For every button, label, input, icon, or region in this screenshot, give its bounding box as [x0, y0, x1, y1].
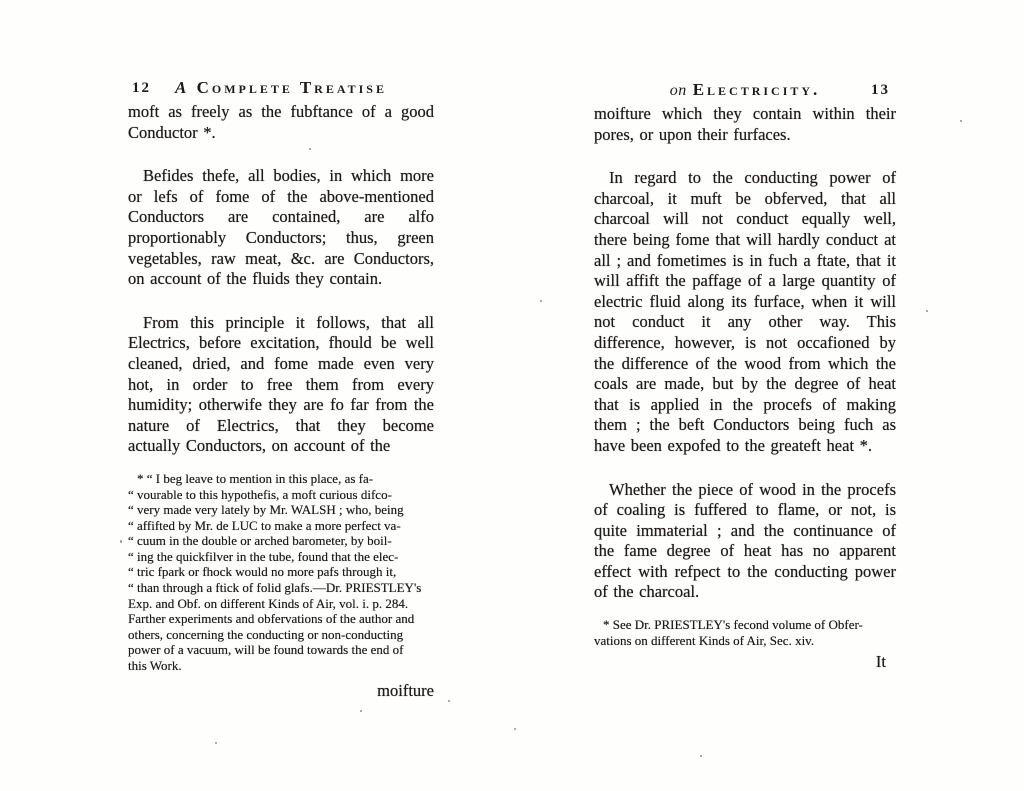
left-catchword: moifture	[128, 681, 434, 701]
footnote-line: “ tric fpark or fhock would no more pafs…	[128, 564, 434, 580]
left-page-number: 12	[132, 80, 151, 97]
right-running-head: onElectricity. 13	[594, 80, 896, 102]
right-paragraph: In regard to the conducting power of cha…	[594, 168, 896, 456]
footnote-line: others, concerning the conducting or non…	[128, 627, 434, 643]
scan-speck	[926, 310, 928, 312]
footnote-line: Exp. and Obf. on different Kinds of Air,…	[128, 596, 434, 612]
page-left: 12 A Complete Treatise moft as freely as…	[128, 78, 434, 701]
left-footnote: * “ I beg leave to mention in this place…	[128, 471, 434, 674]
left-paragraph: From this principle it follows, that all…	[128, 313, 434, 457]
footnote-line: “ very made very lately by Mr. WALSH ; w…	[128, 502, 434, 518]
footnote-line: * “ I beg leave to mention in this place…	[128, 471, 434, 487]
right-footnote: * See Dr. PRIESTLEY's fecond volume of O…	[594, 617, 896, 648]
scan-speck	[215, 742, 217, 744]
scan-speck	[360, 710, 362, 712]
scan-speck	[448, 700, 450, 702]
scan-speck	[700, 755, 702, 757]
scan-speck	[960, 120, 962, 122]
scan-speck	[309, 148, 311, 150]
scan-speck	[120, 540, 122, 543]
footnote-line: “ affifted by Mr. de LUC to make a more …	[128, 518, 434, 534]
footnote-line: “ ing the quickfilver in the tube, found…	[128, 549, 434, 565]
scan-speck	[540, 300, 542, 302]
right-running-title: Electricity.	[693, 80, 821, 100]
left-paragraph: Befides thefe, all bodies, in which more…	[128, 166, 434, 290]
left-running-title: A Complete Treatise	[175, 78, 387, 98]
right-page-number: 13	[871, 82, 890, 99]
right-paragraph: moifture which they contain within their…	[594, 104, 896, 145]
footnote-line: “ vourable to this hypothefis, a moft cu…	[128, 487, 434, 503]
footnote-line: Farther experiments and obfervations of …	[128, 611, 434, 627]
footnote-line: “ cuum in the double or arched barometer…	[128, 533, 434, 549]
page-right: onElectricity. 13 moifture which they co…	[594, 80, 896, 672]
right-running-title-prefix: on	[670, 82, 687, 99]
footnote-line: “ than through a ftick of folid glafs.—D…	[128, 580, 434, 596]
scan-speck	[514, 728, 516, 730]
book-spread: 12 A Complete Treatise moft as freely as…	[0, 0, 1024, 791]
right-catchword: It	[594, 652, 896, 672]
footnote-line: power of a vacuum, will be found towards…	[128, 642, 434, 658]
left-running-head: 12 A Complete Treatise	[128, 78, 434, 100]
footnote-line: this Work.	[128, 658, 434, 674]
footnote-line: * See Dr. PRIESTLEY's fecond volume of O…	[594, 617, 896, 633]
footnote-line: vations on different Kinds of Air, Sec. …	[594, 633, 896, 649]
right-paragraph: Whether the piece of wood in the procefs…	[594, 480, 896, 604]
left-paragraph: moft as freely as the fubftance of a goo…	[128, 102, 434, 143]
